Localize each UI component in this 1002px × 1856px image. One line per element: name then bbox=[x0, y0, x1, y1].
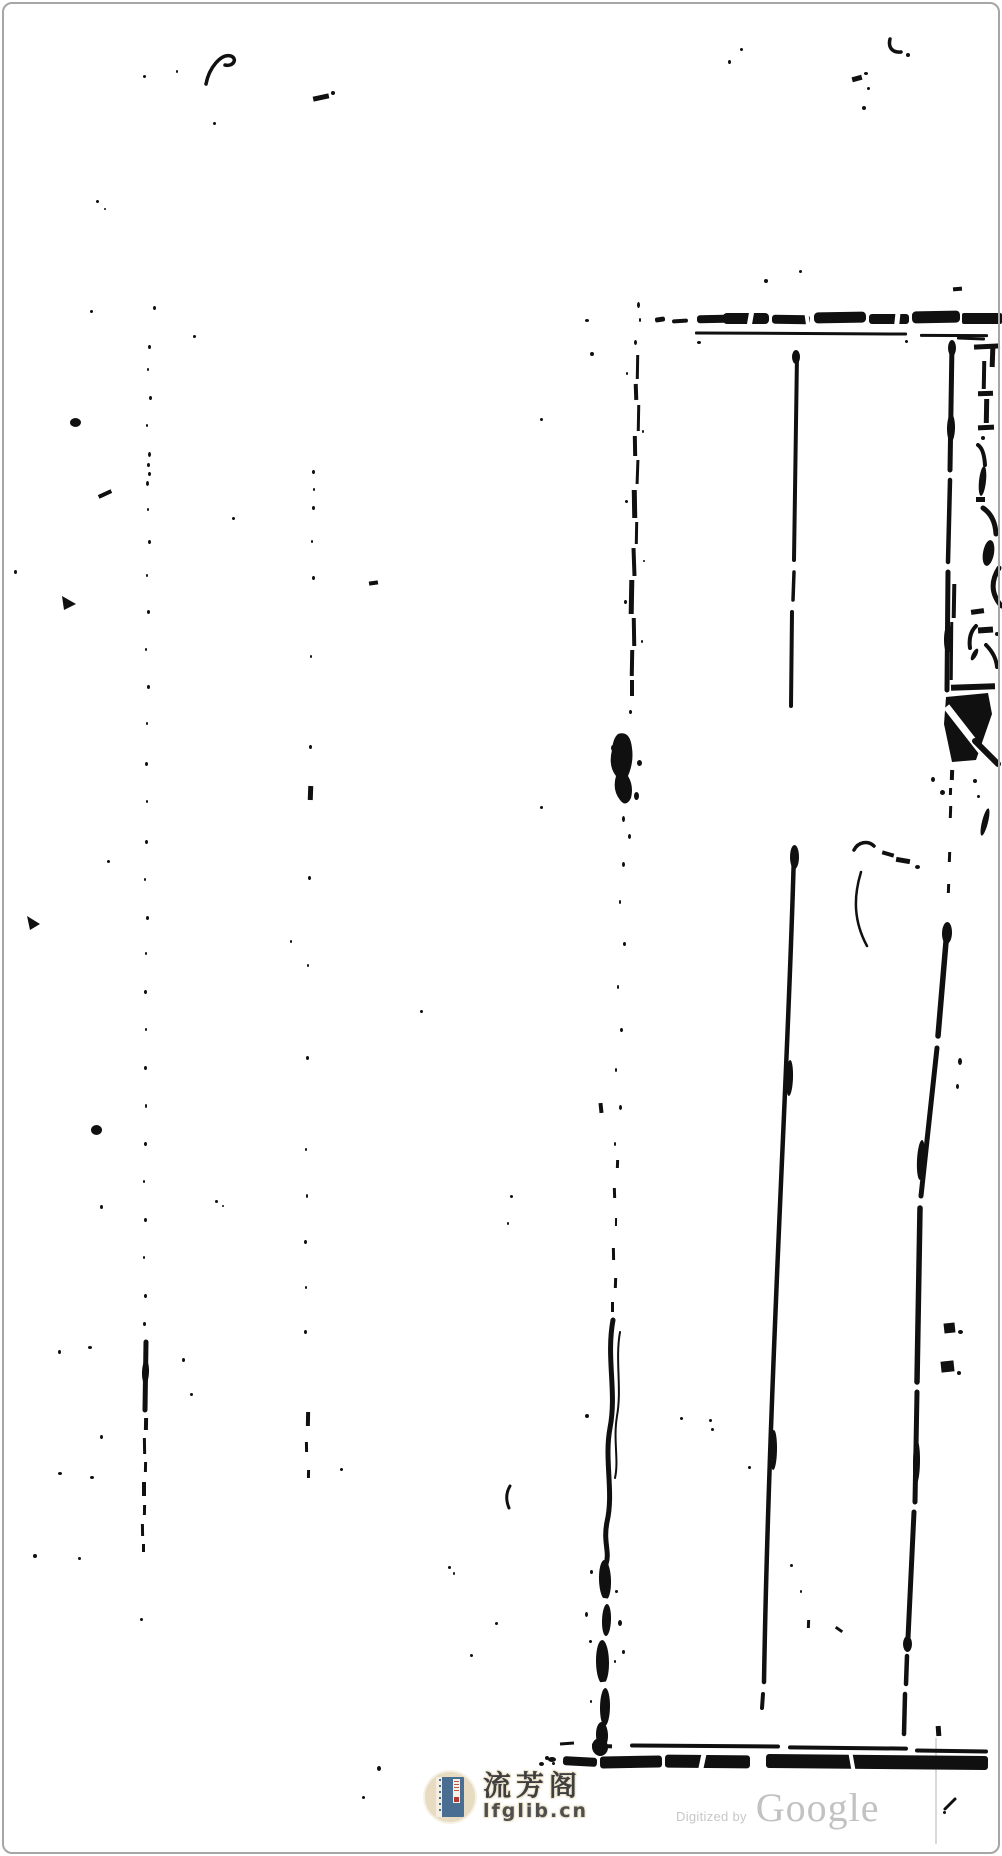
ink-mark bbox=[146, 800, 148, 803]
ink-mark bbox=[222, 1205, 224, 1207]
ink-mark bbox=[90, 1476, 94, 1479]
ink-mark bbox=[611, 745, 615, 751]
ink-mark bbox=[420, 1010, 423, 1013]
book-icon bbox=[436, 1777, 464, 1817]
ink-mark bbox=[793, 572, 794, 600]
ink-mark bbox=[952, 584, 957, 618]
ink-mark bbox=[854, 843, 874, 850]
google-wordmark: Google bbox=[756, 1788, 880, 1828]
ink-mark bbox=[144, 878, 146, 881]
ink-mark bbox=[632, 548, 637, 576]
ink-mark bbox=[896, 857, 911, 864]
ink-mark bbox=[635, 522, 638, 544]
ink-mark bbox=[147, 508, 149, 511]
ink-mark bbox=[630, 1743, 780, 1748]
ink-mark bbox=[906, 1656, 907, 1684]
ink-mark bbox=[310, 655, 312, 658]
ink-mark bbox=[791, 612, 792, 706]
ink-mark bbox=[545, 1756, 549, 1760]
ink-mark bbox=[507, 1222, 509, 1225]
ink-mark bbox=[629, 580, 635, 614]
ink-mark bbox=[613, 1188, 616, 1198]
ink-mark bbox=[147, 610, 150, 614]
ink-mark bbox=[611, 733, 633, 803]
ink-mark bbox=[984, 399, 989, 423]
ink-mark bbox=[306, 1194, 308, 1198]
ink-mark bbox=[70, 418, 81, 427]
ink-mark bbox=[889, 39, 901, 52]
ink-mark bbox=[794, 355, 797, 560]
ink-mark bbox=[190, 1393, 193, 1396]
ink-mark bbox=[634, 384, 639, 400]
ink-mark bbox=[145, 1104, 147, 1108]
ink-mark bbox=[949, 788, 952, 795]
ink-mark bbox=[540, 806, 543, 809]
ink-mark bbox=[615, 1068, 617, 1072]
ink-mark bbox=[986, 645, 997, 667]
ink-mark bbox=[143, 75, 146, 78]
ink-mark bbox=[981, 539, 996, 567]
ink-mark bbox=[629, 710, 632, 714]
ink-mark bbox=[33, 1554, 37, 1558]
ink-mark bbox=[637, 302, 640, 308]
ink-mark bbox=[560, 1742, 574, 1746]
ink-mark bbox=[962, 313, 1002, 324]
ink-mark bbox=[976, 497, 985, 502]
ink-mark bbox=[995, 632, 999, 636]
ink-mark bbox=[622, 1650, 625, 1654]
ink-mark bbox=[601, 1604, 611, 1636]
ink-mark bbox=[142, 1544, 145, 1552]
ink-mark bbox=[369, 580, 378, 585]
ink-mark bbox=[88, 1346, 92, 1349]
ink-mark bbox=[978, 445, 985, 465]
ink-mark bbox=[921, 1048, 937, 1196]
ink-mark bbox=[766, 1754, 988, 1770]
ink-mark bbox=[711, 1428, 714, 1431]
ink-mark bbox=[145, 648, 147, 651]
ink-mark bbox=[908, 1512, 914, 1638]
ink-mark bbox=[624, 600, 627, 604]
ink-mark bbox=[147, 685, 150, 689]
ink-mark bbox=[915, 1748, 988, 1753]
ink-mark bbox=[143, 1438, 146, 1454]
ink-mark bbox=[948, 480, 950, 562]
ink-mark bbox=[144, 1142, 147, 1146]
ink-mark bbox=[882, 850, 895, 857]
ink-mark bbox=[618, 1620, 622, 1626]
ink-mark bbox=[58, 1350, 61, 1354]
ink-mark bbox=[144, 990, 147, 994]
ink-mark bbox=[981, 436, 985, 440]
ink-mark bbox=[306, 1412, 310, 1426]
ink-mark bbox=[615, 1332, 620, 1478]
ink-mark bbox=[622, 862, 625, 867]
ink-mark bbox=[936, 1726, 942, 1736]
ink-mark bbox=[614, 1278, 617, 1288]
ink-mark bbox=[950, 770, 954, 780]
ink-mark bbox=[947, 414, 955, 442]
ink-mark bbox=[145, 1028, 147, 1031]
ink-mark bbox=[100, 1435, 103, 1439]
ink-mark bbox=[807, 1620, 810, 1628]
ink-mark bbox=[612, 1248, 615, 1260]
ink-mark bbox=[548, 1757, 556, 1762]
ink-mark bbox=[953, 287, 962, 292]
ink-mark bbox=[362, 1796, 365, 1799]
ink-mark bbox=[979, 808, 992, 837]
ink-mark bbox=[628, 834, 631, 839]
ink-mark bbox=[312, 576, 315, 580]
ink-mark bbox=[949, 806, 952, 818]
ink-mark bbox=[304, 1240, 307, 1244]
digitized-by-label: Digitized by bbox=[676, 1809, 747, 1824]
ink-mark bbox=[331, 91, 335, 95]
ink-mark bbox=[951, 683, 995, 691]
book-title-label bbox=[453, 1779, 460, 1803]
ink-mark bbox=[904, 1694, 905, 1734]
ink-mark bbox=[634, 340, 637, 345]
ink-mark bbox=[633, 436, 637, 456]
ink-mark bbox=[596, 1640, 610, 1684]
ink-mark bbox=[104, 208, 106, 210]
ink-mark bbox=[634, 792, 639, 800]
ink-mark bbox=[620, 1028, 623, 1032]
watermark-site-url: lfglib.cn bbox=[483, 1801, 588, 1823]
ink-mark bbox=[864, 72, 868, 75]
ink-mark bbox=[852, 75, 863, 82]
ink-mark bbox=[740, 48, 743, 51]
ink-mark bbox=[748, 1466, 751, 1469]
ink-mark bbox=[835, 1626, 843, 1633]
ink-mark bbox=[585, 319, 589, 322]
ink-mark bbox=[680, 1417, 683, 1420]
ink-mark bbox=[585, 1414, 589, 1418]
ink-mark bbox=[308, 876, 311, 880]
ink-mark bbox=[920, 334, 988, 337]
ink-mark bbox=[507, 1486, 510, 1508]
ink-mark bbox=[585, 1612, 588, 1617]
ink-mark bbox=[14, 570, 17, 574]
ink-mark bbox=[973, 779, 977, 783]
ink-mark bbox=[869, 314, 909, 324]
watermark-texts: 流芳阁 lfglib.cn bbox=[483, 1772, 588, 1822]
ink-mark bbox=[940, 790, 945, 795]
ink-mark bbox=[149, 396, 152, 400]
ink-mark bbox=[695, 331, 907, 335]
ink-mark bbox=[993, 568, 1002, 606]
ink-mark bbox=[142, 1360, 150, 1384]
ink-mark bbox=[453, 1572, 455, 1575]
ink-mark bbox=[971, 608, 985, 615]
ink-mark bbox=[176, 70, 178, 73]
ink-mark bbox=[665, 1755, 750, 1769]
ink-mark bbox=[642, 430, 644, 433]
ink-mark bbox=[867, 87, 870, 90]
ink-mark bbox=[312, 470, 315, 474]
ink-mark bbox=[144, 1218, 147, 1222]
watermark-site-name: 流芳阁 bbox=[483, 1772, 588, 1801]
ink-mark bbox=[903, 1636, 912, 1652]
ink-mark bbox=[970, 626, 976, 648]
ink-mark bbox=[148, 540, 151, 544]
ink-mark bbox=[622, 816, 625, 822]
ink-mark bbox=[143, 1505, 146, 1515]
ink-mark bbox=[141, 1524, 144, 1536]
ink-mark bbox=[905, 340, 908, 343]
ink-mark bbox=[140, 1618, 143, 1621]
red-seal-icon bbox=[454, 1797, 459, 1802]
ink-mark bbox=[639, 318, 641, 322]
ink-mark bbox=[91, 1125, 102, 1135]
ink-mark bbox=[655, 316, 666, 322]
ink-mark bbox=[977, 795, 980, 798]
ink-mark bbox=[340, 1468, 343, 1471]
ink-mark bbox=[764, 852, 794, 1682]
ink-mark bbox=[630, 650, 634, 676]
ink-mark bbox=[600, 1755, 662, 1768]
ink-mark bbox=[145, 952, 147, 955]
ink-mark bbox=[723, 313, 769, 324]
ink-mark bbox=[146, 424, 148, 427]
ink-mark bbox=[193, 335, 196, 338]
digitized-by-credit: Digitized by Google bbox=[676, 1788, 880, 1828]
ink-mark bbox=[643, 560, 645, 562]
ink-mark bbox=[148, 452, 151, 457]
ink-mark bbox=[772, 315, 810, 325]
ink-mark bbox=[143, 1180, 145, 1183]
ink-mark bbox=[96, 200, 99, 203]
ink-mark bbox=[800, 1590, 802, 1593]
ink-mark bbox=[232, 517, 235, 520]
ink-mark bbox=[978, 391, 993, 397]
ink-mark bbox=[974, 343, 1000, 349]
ink-mark bbox=[788, 1745, 908, 1750]
ink-mark bbox=[637, 760, 642, 766]
ink-mark bbox=[312, 506, 315, 510]
watermark-circle bbox=[425, 1772, 475, 1822]
ink-mark bbox=[62, 596, 76, 610]
ink-mark bbox=[540, 418, 543, 421]
ink-mark bbox=[563, 1756, 597, 1767]
ink-mark bbox=[626, 372, 628, 375]
ink-mark bbox=[978, 425, 994, 431]
ink-mark bbox=[614, 1660, 616, 1663]
ink-mark bbox=[510, 1195, 513, 1198]
ink-mark bbox=[598, 1682, 607, 1687]
ink-mark bbox=[856, 872, 867, 946]
ink-mark bbox=[617, 985, 619, 989]
ink-mark bbox=[948, 852, 951, 862]
ink-mark bbox=[931, 777, 935, 782]
ink-mark bbox=[943, 1811, 946, 1814]
ink-mark bbox=[915, 865, 920, 869]
ink-mark bbox=[147, 463, 150, 467]
ink-mark bbox=[611, 1302, 614, 1312]
ink-mark bbox=[958, 1330, 963, 1334]
ink-mark bbox=[947, 884, 950, 893]
ink-mark bbox=[153, 306, 156, 310]
ink-mark bbox=[762, 1694, 763, 1708]
ink-mark bbox=[956, 1084, 959, 1089]
ink-mark bbox=[144, 1066, 147, 1070]
ink-mark bbox=[619, 900, 621, 904]
ink-mark bbox=[144, 1462, 147, 1472]
ink-mark bbox=[146, 916, 149, 920]
ink-mark bbox=[309, 745, 312, 749]
ink-mark bbox=[790, 1564, 793, 1567]
ink-mark bbox=[142, 1482, 146, 1496]
ink-mark bbox=[978, 626, 993, 633]
ink-mark bbox=[470, 1654, 473, 1657]
ink-mark bbox=[589, 1640, 592, 1643]
ink-mark bbox=[697, 315, 727, 324]
ink-mark bbox=[641, 640, 643, 643]
ink-mark bbox=[990, 347, 996, 367]
ink-mark bbox=[146, 574, 148, 577]
ink-mark bbox=[590, 352, 594, 356]
ink-mark bbox=[799, 270, 802, 273]
ink-mark bbox=[313, 488, 315, 491]
ink-mark bbox=[27, 916, 40, 930]
ink-mark bbox=[814, 312, 866, 324]
ink-mark bbox=[606, 1320, 613, 1564]
ink-mark bbox=[148, 345, 151, 349]
ink-mark bbox=[305, 1148, 307, 1151]
ink-mark bbox=[630, 680, 634, 696]
ink-mark bbox=[615, 1590, 618, 1593]
ink-mark bbox=[308, 786, 313, 800]
ink-mark bbox=[495, 1622, 498, 1625]
ink-mark bbox=[304, 1330, 307, 1334]
ink-mark bbox=[146, 722, 148, 725]
ink-mark bbox=[215, 1200, 218, 1203]
ink-mark bbox=[709, 1419, 712, 1422]
ink-mark bbox=[619, 1105, 622, 1110]
book-spine bbox=[436, 1777, 442, 1817]
ink-mark bbox=[145, 840, 148, 844]
ink-mark bbox=[977, 466, 987, 497]
scanned-book-page: 流芳阁 lfglib.cn Digitized by Google bbox=[0, 0, 1002, 1856]
ink-mark bbox=[552, 1762, 555, 1765]
ink-mark bbox=[944, 1322, 956, 1333]
ink-mark bbox=[146, 481, 149, 486]
ink-mark bbox=[290, 940, 292, 943]
library-watermark: 流芳阁 lfglib.cn bbox=[425, 1772, 588, 1822]
ink-mark bbox=[623, 942, 626, 946]
ink-mark bbox=[764, 279, 768, 283]
ink-mark bbox=[632, 490, 637, 518]
ink-mark bbox=[728, 60, 731, 64]
ink-mark bbox=[637, 405, 640, 431]
ink-mark bbox=[636, 355, 639, 379]
ink-mark bbox=[305, 1286, 307, 1289]
ink-mark bbox=[616, 1160, 619, 1168]
ink-mark bbox=[590, 1570, 593, 1574]
ink-mark bbox=[306, 1056, 309, 1060]
ink-mark bbox=[100, 1205, 103, 1209]
ink-mark bbox=[107, 860, 110, 863]
ink-mark bbox=[590, 1700, 592, 1703]
ink-mark bbox=[983, 508, 996, 534]
ink-mark bbox=[917, 1208, 920, 1382]
ink-mark bbox=[313, 93, 330, 101]
ink-mark bbox=[958, 1058, 962, 1065]
ink-mark bbox=[697, 341, 701, 344]
ink-mark bbox=[98, 489, 112, 499]
ink-mark bbox=[625, 500, 628, 503]
ink-mark bbox=[78, 1557, 81, 1560]
ink-mark bbox=[311, 540, 313, 543]
ink-mark bbox=[448, 1566, 451, 1569]
ink-mark bbox=[58, 1472, 62, 1475]
ink-mark bbox=[940, 1360, 954, 1372]
ink-mark bbox=[906, 53, 910, 57]
ink-mark bbox=[377, 1766, 381, 1771]
ink-mark bbox=[935, 1738, 937, 1844]
ink-mark bbox=[862, 106, 866, 110]
ink-mark bbox=[182, 1358, 185, 1362]
ink-mark bbox=[305, 1442, 308, 1452]
ink-mark bbox=[598, 1103, 603, 1113]
ink-mark bbox=[614, 1142, 616, 1146]
ink-mark bbox=[598, 1560, 611, 1600]
ink-marks-layer bbox=[0, 0, 1002, 1856]
ink-mark bbox=[148, 472, 151, 476]
ink-mark bbox=[950, 344, 952, 470]
ink-mark bbox=[957, 1371, 961, 1375]
ink-mark bbox=[912, 311, 960, 324]
ink-mark bbox=[145, 762, 148, 766]
ink-mark bbox=[143, 1256, 145, 1259]
ink-mark bbox=[945, 1799, 955, 1809]
ink-mark bbox=[144, 1294, 147, 1298]
ink-mark bbox=[206, 56, 234, 84]
ink-mark bbox=[143, 1322, 146, 1326]
ink-mark bbox=[982, 361, 986, 389]
ink-mark bbox=[147, 368, 149, 371]
ink-mark bbox=[90, 310, 93, 313]
ink-mark bbox=[539, 1762, 544, 1766]
ink-mark bbox=[307, 964, 309, 967]
ink-mark bbox=[600, 1688, 611, 1726]
ink-mark bbox=[307, 1470, 310, 1478]
ink-mark bbox=[592, 1744, 612, 1749]
ink-mark bbox=[636, 460, 640, 484]
ink-mark bbox=[213, 122, 216, 125]
ink-mark bbox=[144, 1418, 148, 1430]
ink-mark bbox=[938, 930, 947, 1036]
ink-mark bbox=[632, 618, 636, 646]
ink-mark bbox=[615, 1218, 617, 1226]
ink-mark bbox=[672, 318, 688, 323]
